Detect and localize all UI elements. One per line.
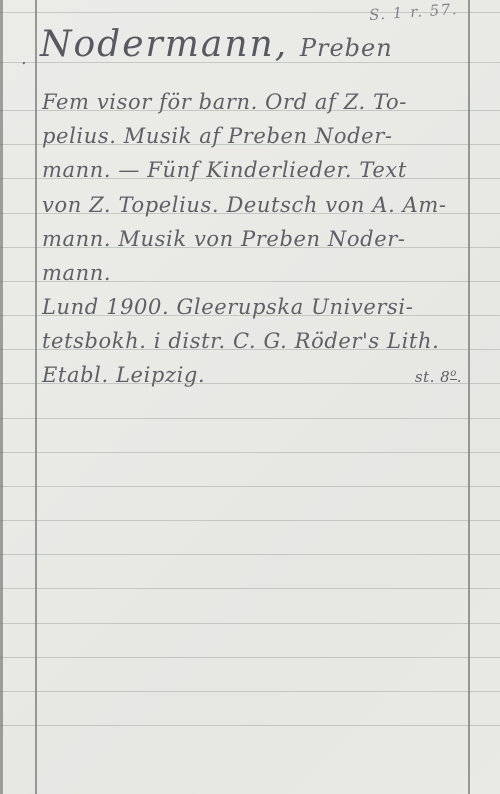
format-prefix: st. 8 bbox=[415, 368, 450, 386]
ruled-line bbox=[0, 588, 500, 589]
ruled-line bbox=[0, 520, 500, 521]
description-paragraph: Fem visor för barn. Ord af Z. To- pelius… bbox=[42, 85, 462, 290]
ruled-line bbox=[0, 657, 500, 658]
card-heading: . Nodermann, Preben bbox=[40, 24, 393, 65]
ruled-line bbox=[0, 418, 500, 419]
imprint-line: Lund 1900. Gleerupska Universi- bbox=[42, 295, 413, 319]
heading-forename: Preben bbox=[300, 34, 393, 62]
description-line: Fem visor för barn. Ord af Z. To- bbox=[42, 90, 407, 114]
heading-dot: . bbox=[21, 48, 27, 69]
description-line: mann. — Fünf Kinderlieder. Text bbox=[42, 158, 407, 182]
shelfmark: S. 1 r. 57. bbox=[368, 0, 458, 24]
imprint-paragraph: Lund 1900. Gleerupska Universi- tetsbokh… bbox=[42, 290, 462, 358]
imprint-last-row: Etabl. Leipzig. st. 8o. bbox=[42, 358, 462, 394]
heading-surname: Nodermann, bbox=[40, 24, 288, 65]
imprint-place-line: Etabl. Leipzig. bbox=[42, 358, 205, 392]
ruled-line bbox=[0, 554, 500, 555]
ruled-line bbox=[0, 691, 500, 692]
description-line: mann. bbox=[42, 261, 111, 285]
ruled-line bbox=[0, 725, 500, 726]
description-line: von Z. Topelius. Deutsch von A. Am- bbox=[42, 193, 447, 217]
ruled-line bbox=[0, 452, 500, 453]
catalog-card-page: S. 1 r. 57. . Nodermann, Preben Fem viso… bbox=[0, 0, 500, 794]
format-note: st. 8o. bbox=[415, 360, 462, 394]
imprint-line: tetsbokh. i distr. C. G. Röder's Lith. bbox=[42, 329, 439, 353]
card-body: Fem visor för barn. Ord af Z. To- pelius… bbox=[42, 85, 462, 395]
description-line: mann. Musik von Preben Noder- bbox=[42, 227, 406, 251]
right-margin-line bbox=[468, 0, 470, 794]
left-margin-line bbox=[35, 0, 37, 794]
ruled-line bbox=[0, 623, 500, 624]
format-suffix: . bbox=[457, 368, 462, 386]
card-left-edge bbox=[0, 0, 3, 794]
description-line: pelius. Musik af Preben Noder- bbox=[42, 124, 393, 148]
ruled-line bbox=[0, 486, 500, 487]
